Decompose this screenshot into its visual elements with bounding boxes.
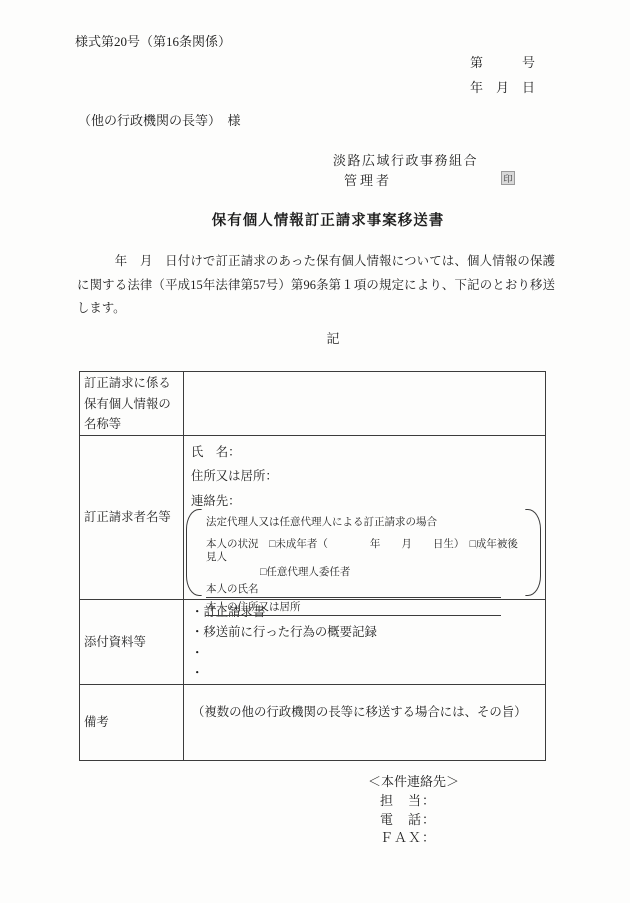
- seal-stamp-icon: 印: [501, 171, 515, 185]
- contact-fax-line: ＦＡＸ：: [380, 829, 436, 848]
- legal-block-heading: 法定代理人又は任意代理人による訂正請求の場合: [206, 516, 525, 529]
- left-paren-bracket: [186, 509, 202, 596]
- row-remarks-value: （複数の他の行政機関の長等に移送する場合には、その旨）: [184, 684, 546, 760]
- sender-title: 管理者: [344, 170, 392, 189]
- table-row-remarks: 備考 （複数の他の行政機関の長等に移送する場合には、その旨）: [80, 684, 546, 760]
- form-number: 様式第20号（第16条関係）: [75, 31, 231, 50]
- document-number-line: 第 号: [470, 50, 535, 75]
- page-title: 保有個人情報訂正請求事案移送書: [0, 209, 630, 230]
- document-number-block: 第 号 年 月 日: [470, 50, 535, 100]
- contact-person-line: 担 当：: [380, 792, 436, 811]
- recipient-line: （他の行政機関の長等） 様: [78, 110, 241, 129]
- contact-heading: ＜本件連絡先＞: [368, 771, 459, 790]
- attachment-item: ・: [191, 663, 539, 684]
- contact-block: 担 当： 電 話： ＦＡＸ：: [380, 792, 436, 848]
- legal-status-line: 本人の状況 □未成年者（ 年 月 日生） □成年被後見人: [206, 538, 525, 564]
- attachment-item: ・: [191, 643, 539, 664]
- table-row-name: 訂正請求に係る保有個人情報の名称等: [80, 372, 546, 436]
- form-table: 訂正請求に係る保有個人情報の名称等 訂正請求者名等 氏 名： 住所又は居所： 連…: [79, 371, 546, 761]
- legal-status-line-2: □任意代理人委任者: [260, 566, 525, 579]
- row-attachments-label: 添付資料等: [80, 599, 184, 684]
- legal-representative-block: 法定代理人又は任意代理人による訂正請求の場合 本人の状況 □未成年者（ 年 月 …: [186, 509, 541, 596]
- sender-organization: 淡路広域行政事務組合: [333, 150, 478, 169]
- attachment-item: ・移送前に行った行為の概要記録: [191, 622, 539, 643]
- row-name-value: [184, 372, 546, 436]
- row-name-label: 訂正請求に係る保有個人情報の名称等: [80, 372, 184, 436]
- person-name-field: 本人の氏名: [206, 584, 501, 598]
- table-row-requester: 訂正請求者名等 氏 名： 住所又は居所： 連絡先： 法定代理人又は任意代理人によ…: [80, 435, 546, 599]
- contact-phone-line: 電 話：: [380, 811, 436, 830]
- row-remarks-label: 備考: [80, 684, 184, 760]
- document-date-line: 年 月 日: [470, 75, 535, 100]
- right-paren-bracket: [525, 509, 541, 596]
- row-requester-value: 氏 名： 住所又は居所： 連絡先： 法定代理人又は任意代理人による訂正請求の場合…: [184, 435, 546, 599]
- row-requester-label: 訂正請求者名等: [80, 435, 184, 599]
- body-paragraph: 年 月 日付けで訂正請求のあった保有個人情報については、個人情報の保護に関する法…: [77, 250, 555, 321]
- requester-address-field: 住所又は居所：: [191, 464, 539, 489]
- record-marker: 記: [0, 328, 630, 347]
- document-page: 様式第20号（第16条関係） 第 号 年 月 日 （他の行政機関の長等） 様 淡…: [0, 0, 630, 903]
- requester-name-field: 氏 名：: [191, 440, 539, 465]
- person-address-field: 本人の住所又は居所: [206, 602, 501, 616]
